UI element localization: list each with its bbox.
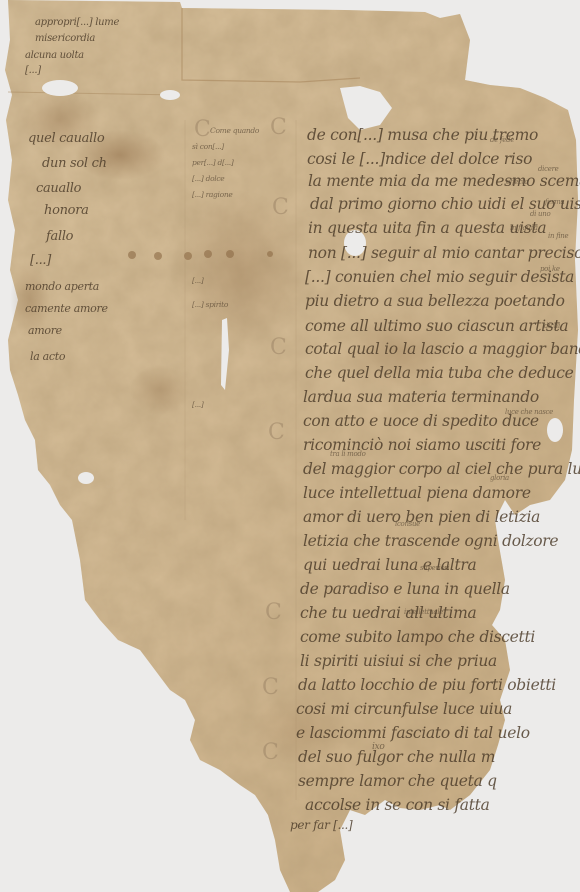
verse-line: lardua sua materia terminando — [303, 388, 539, 406]
verse-line: accolse in se con si fatta — [305, 796, 490, 814]
verse-line: luce intellettual piena damore — [303, 484, 531, 502]
left-text-line: [...] — [30, 253, 51, 268]
marginal-gloss: di uno — [530, 210, 550, 218]
initial-letter: C — [270, 115, 287, 140]
verse-line: come all ultimo suo ciascun artista — [305, 317, 568, 335]
marginal-note: ixo — [372, 742, 384, 752]
middle-text-line: [...] — [192, 400, 204, 409]
marginal-gloss: tra li modo — [330, 450, 366, 458]
middle-text-line: Come quando — [210, 126, 259, 135]
verse-line: del suo fulgor che nulla m — [298, 748, 495, 766]
initial-letter: C — [270, 335, 287, 360]
marginal-gloss: dicere — [538, 165, 558, 173]
marginal-gloss: iconsue — [395, 520, 420, 528]
marginal-gloss: in fine — [548, 232, 568, 240]
verse-line: amor di uero ben pien di letizia — [303, 508, 540, 526]
left-text-line: fallo — [46, 229, 73, 244]
verse-line: de paradiso e luna in quella — [300, 580, 510, 598]
left-text-line: quel cauallo — [28, 131, 104, 146]
left-text-line: misericordia — [35, 33, 95, 44]
left-text-line: dun sol ch — [42, 156, 107, 171]
marginal-gloss: effecto — [506, 178, 528, 186]
verse-line: letizia che trascende ogni dolzore — [303, 532, 558, 550]
initial-letter: C — [262, 740, 279, 765]
initial-letter: C — [265, 600, 282, 625]
initial-letter: C — [194, 117, 211, 142]
marginal-gloss: luce che nasce — [505, 408, 553, 416]
verse-line: la mente mia da me medesmo scema — [308, 172, 580, 190]
marginal-gloss: de fede — [490, 136, 514, 144]
marginal-gloss: poi ke — [540, 265, 560, 273]
marginal-gloss: in figura — [510, 224, 538, 232]
middle-text-line: per[...] d[...] — [192, 158, 234, 167]
middle-text-line: [...] ragione — [192, 190, 233, 199]
left-text-line: mondo aperta — [25, 280, 99, 293]
manuscript-scene: C Come quando sì con[...] per[...] d[...… — [0, 0, 580, 892]
marginal-gloss: ferma — [545, 198, 564, 206]
middle-text-line: sì con[...] — [192, 142, 224, 151]
left-text-line: cauallo — [36, 181, 81, 196]
left-text-line: la acto — [30, 350, 65, 363]
verse-line: come subito lampo che discetti — [300, 628, 535, 646]
initial-letter: C — [272, 195, 289, 220]
verse-line: non [...] seguir al mio cantar preciso — [308, 244, 580, 262]
verse-line: cosi mi circunfulse luce uiua — [296, 700, 512, 718]
initial-letter: C — [268, 420, 285, 445]
verse-line: con atto e uoce di spedito duce — [303, 412, 539, 430]
middle-text-line: [...] — [192, 276, 204, 285]
verse-line: qui uedrai luna e laltra — [303, 556, 476, 574]
verse-line: piu dietro a sua bellezza poetando — [305, 292, 565, 310]
marginal-gloss: superiori — [420, 564, 449, 572]
marginal-gloss: gloria — [490, 474, 509, 482]
verse-line: sempre lamor che queta q — [298, 772, 497, 790]
verse-line: e lasciommi fasciato di tal uelo — [296, 724, 530, 742]
left-text-line: camente amore — [25, 302, 108, 315]
verse-line: da latto locchio de piu forti obietti — [298, 676, 556, 694]
initial-letter: C — [262, 675, 279, 700]
left-text-line: honora — [44, 203, 89, 218]
verse-line: che quel della mia tuba che deduce — [305, 364, 573, 382]
left-text-line: [...] — [25, 65, 41, 76]
verse-line: che tu uedrai all ultima — [300, 604, 476, 622]
middle-text-line: [...] spirito — [192, 300, 228, 309]
verse-line: li spiriti uisiui si che priua — [300, 652, 497, 670]
verse-line: [...] conuien chel mio seguir desista — [305, 268, 574, 286]
middle-text-line: [...] dolce — [192, 174, 224, 183]
left-text-line: alcuna uolta — [25, 50, 84, 61]
left-text-line: appropri[...] lume — [35, 17, 119, 28]
verse-line: per far [...] — [290, 818, 352, 832]
verse-line: cosi le [...]ndice del dolce riso — [307, 150, 532, 168]
left-text-line: amore — [28, 324, 62, 337]
verse-line: del maggior corpo al ciel che pura luce — [303, 460, 580, 478]
verse-line: cotal qual io la lascio a maggior bando — [305, 340, 580, 358]
marginal-gloss: intellettuale — [404, 608, 443, 616]
marginal-gloss: dichi — [544, 322, 560, 330]
